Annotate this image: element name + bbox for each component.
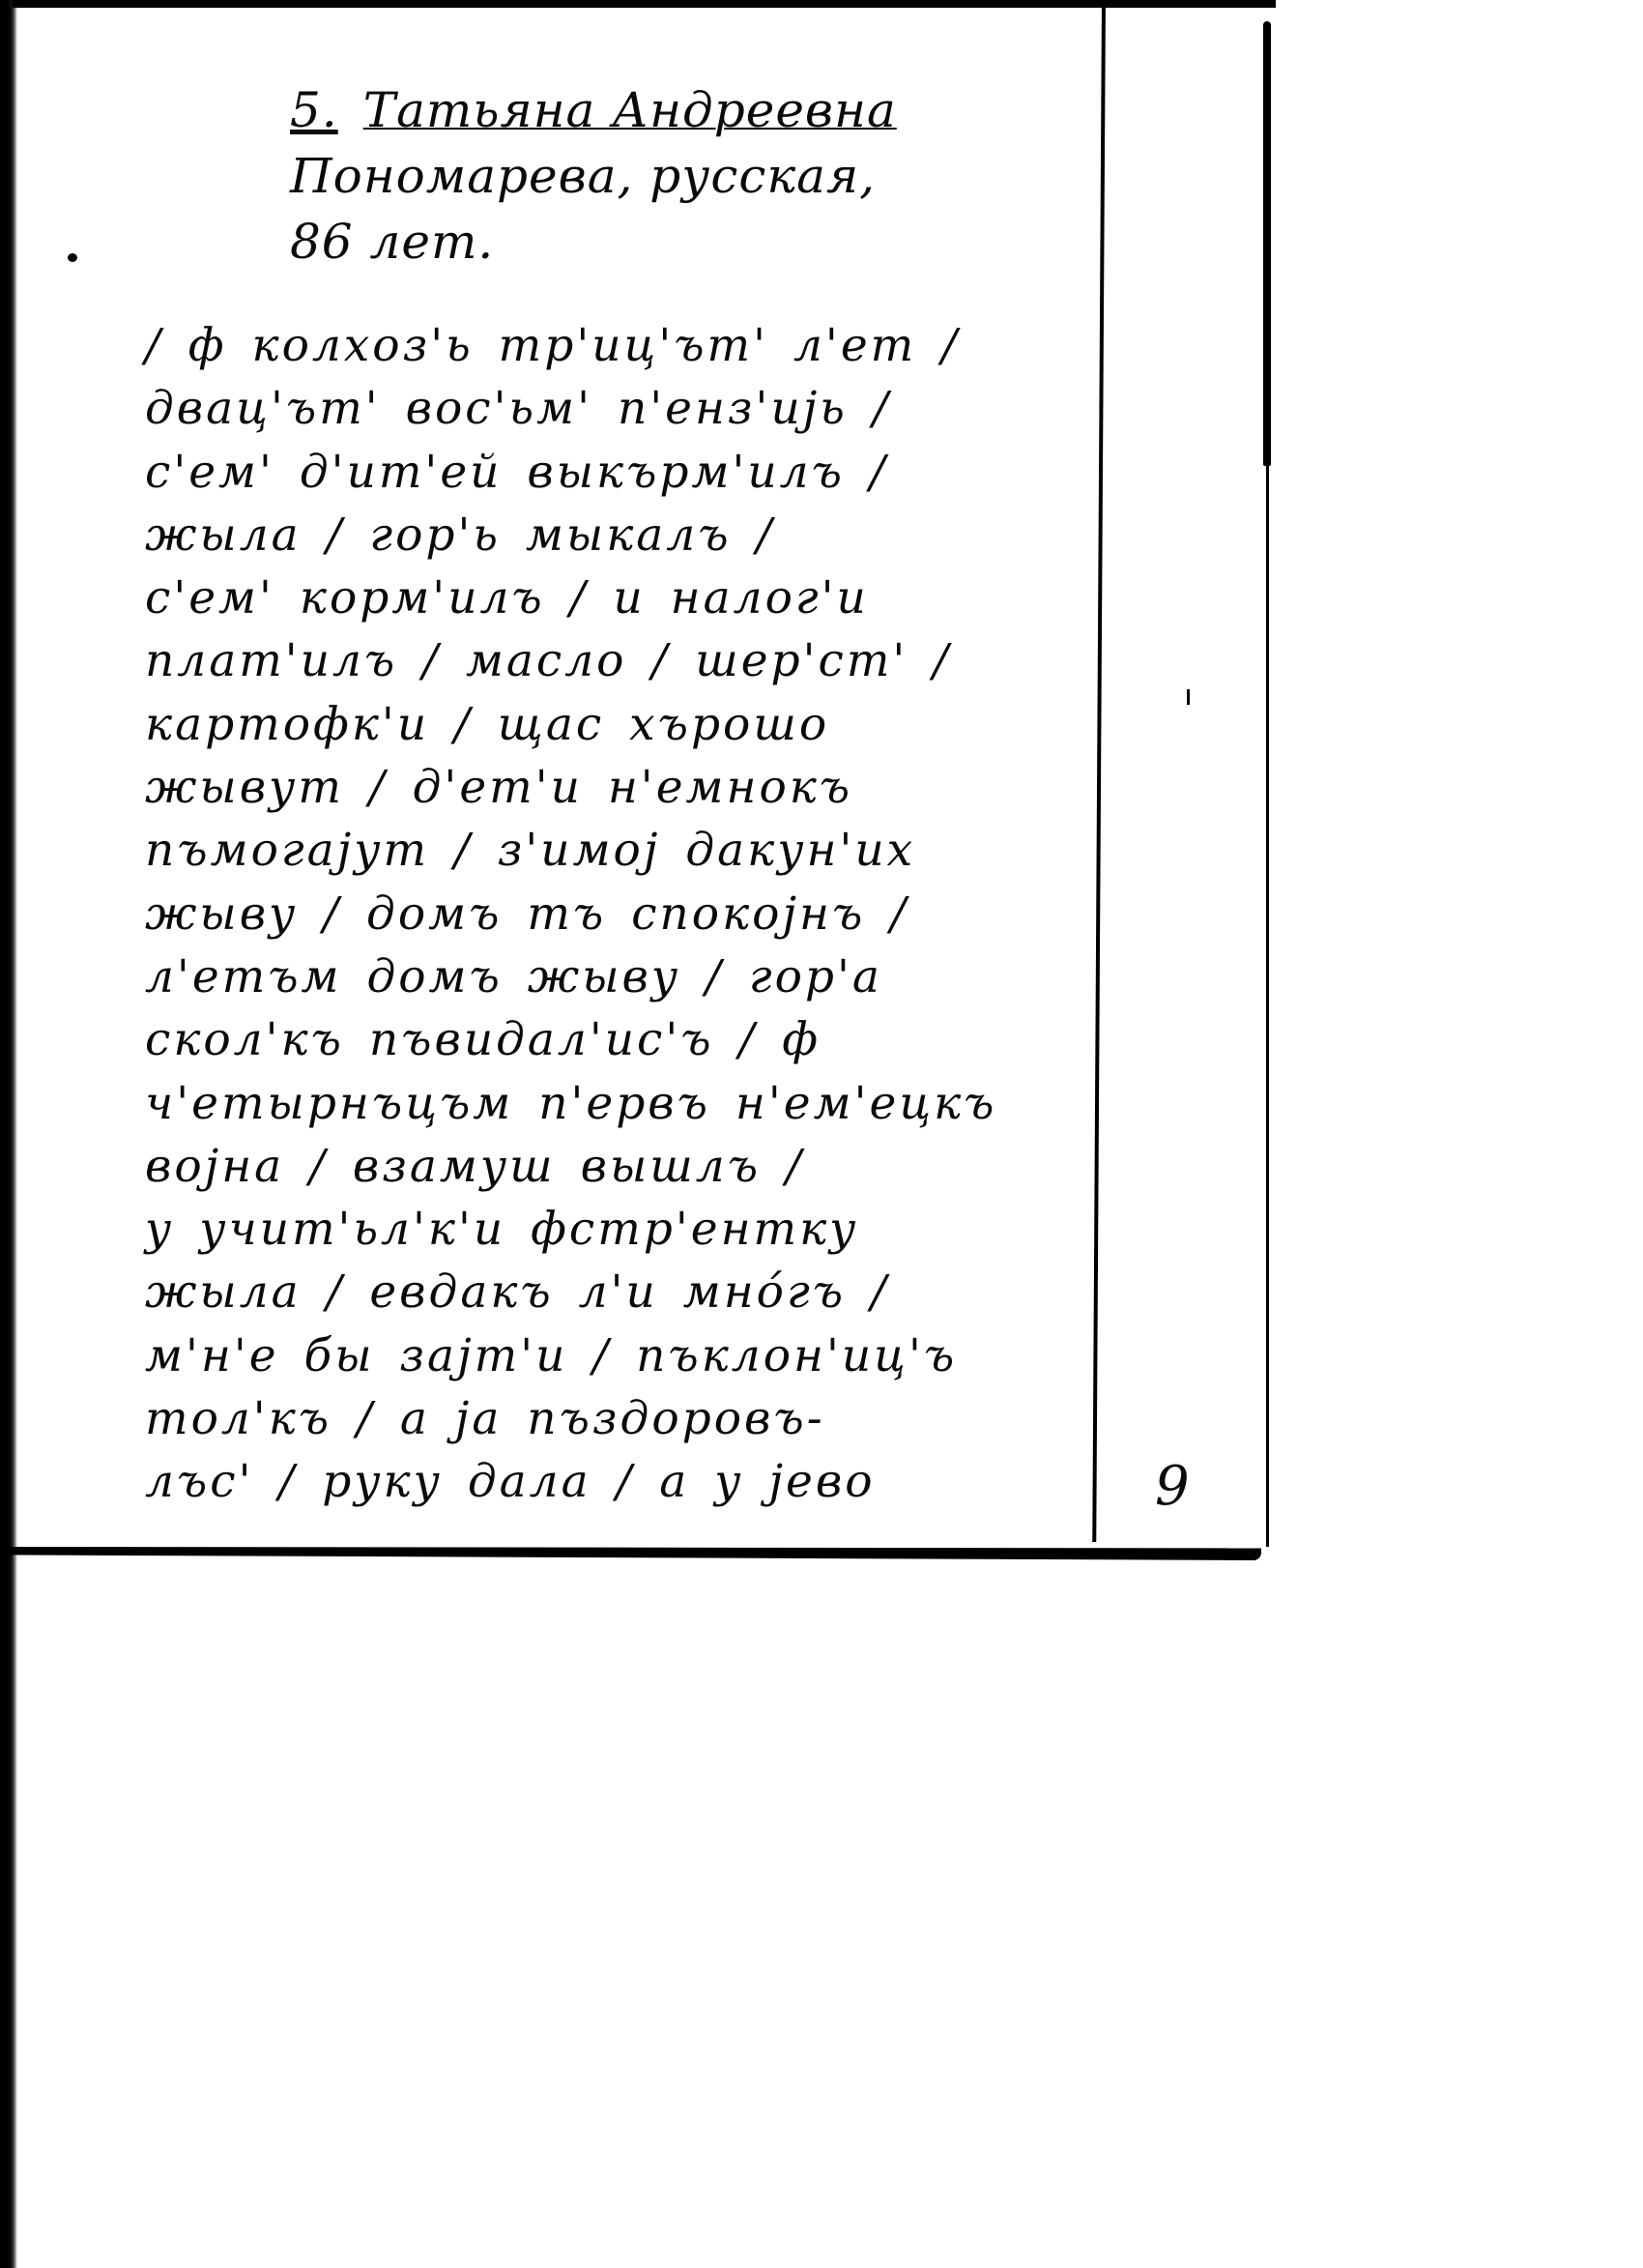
text-line: жыла / гор'ь мыкалъ / [145,504,1208,567]
page-number: 9 [1155,1455,1190,1518]
text-line: скол'къ пъвидал'ис'ъ / ф [145,1008,1208,1071]
scan-top-edge [0,0,1276,8]
text-line: с'ем' корм'илъ / и налог'и [145,567,1208,629]
document-header: 5.Татьяна Андреевна Пономарева, русская,… [290,77,1102,275]
scan-right-edge [1263,21,1271,466]
text-line: двац'ът' вос'ьм' п'енз'иjь / [145,377,1208,440]
text-line: / ф колхоз'ь тр'иц'ът' л'ет / [145,314,1208,377]
text-line: ч'етырнъцъм п'ервъ н'ем'ецкъ [145,1072,1208,1135]
text-line: пъмогаjут / з'имоj дакун'их [145,819,1208,882]
text-line: тол'къ / а jа пъздоровъ- [145,1387,1208,1450]
text-line: жыву / домъ тъ спокоjнъ / [145,883,1208,945]
speaker-surname-nationality: Пономарева, русская, [290,148,876,204]
transcription-body: / ф колхоз'ь тр'иц'ът' л'ет / двац'ът' в… [145,314,1208,1514]
text-line: лъс' / руку дала / а у jево [145,1450,1208,1513]
text-line: воjна / взамуш вышлъ / [145,1135,1208,1198]
header-line-2: Пономарева, русская, [290,143,1102,209]
text-line: с'ем' д'ит'ей выкърм'илъ / [145,441,1208,504]
header-line-1: 5.Татьяна Андреевна [290,77,1102,143]
text-line: жывут / д'ет'и н'емнокъ [145,756,1208,819]
ink-dot [68,253,77,262]
text-line: м'н'е бы заjт'и / пъклон'иц'ъ [145,1324,1208,1387]
scan-right-edge-thin [1266,454,1269,1547]
text-line: плат'илъ / масло / шер'ст' / [145,629,1208,692]
speaker-age: 86 лет. [290,214,494,270]
text-line: картофк'и / щас хърошо [145,693,1208,756]
speaker-name: Татьяна Андреевна [363,82,897,138]
text-line: жыла / евдакъ л'и мнóгъ / [145,1261,1208,1323]
text-line: у учит'ьл'к'и фстр'ентку [145,1198,1208,1261]
entry-number: 5. [290,77,338,143]
text-line: л'етъм домъ жыву / гор'а [145,945,1208,1008]
scan-left-edge [0,0,17,2268]
header-line-3: 86 лет. [290,209,1102,275]
scanned-page: 5.Татьяна Андреевна Пономарева, русская,… [0,0,1276,1558]
